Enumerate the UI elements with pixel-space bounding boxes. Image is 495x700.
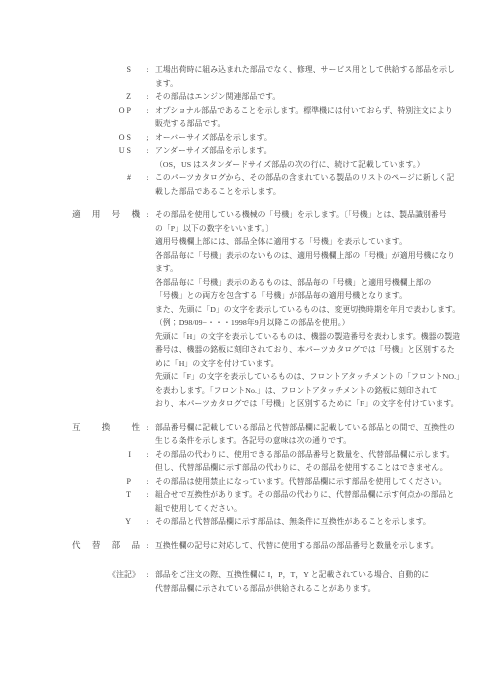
item-code: P [40,475,140,489]
item-code: US [40,144,140,158]
text-line: 組で使用してください。 [155,502,477,516]
separator-colon: : [140,568,155,582]
item-code: Z [40,90,140,104]
text-line: 代替部品欄に示されている部品が供給されることがあります。 [155,582,477,596]
text-line: 互換性欄の記号に対応して、代替に使用する部品の部品番号と数量を示します。 [155,539,477,553]
note-section: 《注記》:部品をご注文の際、互換性欄に I，P，T，Y と記載されている場合、自… [40,568,477,595]
definition-section: 適 用 号 機:その部品を使用している機械の「号機」を示します。〔「号機」とは、… [40,208,477,411]
text-line: おり、本パーツカタログでは「号機」と区別するために「F」の文字を付けています。 [155,397,477,411]
text-line: 工場出荷時に組み込まれた部品でなく、修理、サービス用として供給する部品を示し [155,63,477,77]
text-line: （OS，US はスタンダードサイズ部品の次の行に、続けて記載しています。） [155,158,477,172]
legend-item: #:このパーツカタログから、その部品の含まれている製品のリストのページに新しく記… [40,171,477,198]
item-text: その部品を使用している機械の「号機」を示します。〔「号機」とは、製品識別番号の「… [155,208,477,411]
item-code: S [40,63,140,77]
section-label-text: 適 用 号 機 [72,208,140,222]
item-text: オーバーサイズ部品を示します。 [155,131,477,145]
text-line: 各部品毎に「号機」表示のないものは、適用号機欄上部の「号機」が適用号機になり [155,249,477,263]
legend-item: OP:オプショナル部品であることを示します。標準機には付いておらず、特別注文によ… [40,104,477,131]
text-line: その部品はエンジン関連部品です。 [155,90,477,104]
item-code: Y [40,515,140,529]
text-line: 販売する部品です。 [155,117,477,131]
item-text: その部品の代わりに、使用できる部品の部品番号と数量を、代替部品欄に示します。但し… [155,448,477,475]
definition-sections: 適 用 号 機:その部品を使用している機械の「号機」を示します。〔「号機」とは、… [40,208,477,595]
text-line: 各部品毎に「号機」表示のあるものは、部品毎の「号機」と適用号機欄上部の [155,276,477,290]
text-line: 生じる条件を示します。各記号の意味は次の通りです。 [155,434,477,448]
item-text: その部品と代替部品欄に示す部品は、無条件に互換性があることを示します。 [155,515,477,529]
item-text: このパーツカタログから、その部品の含まれている製品のリストのページに新しく記載し… [155,171,477,198]
compatibility-subitem: P:その部品は使用禁止になっています。代替部品欄に示す部品を使用してください。 [40,475,477,489]
item-code: T [40,488,140,502]
item-text: アンダーサイズ部品を示します。（OS，US はスタンダードサイズ部品の次の行に、… [155,144,477,171]
text-line: このパーツカタログから、その部品の含まれている製品のリストのページに新しく記 [155,171,477,185]
text-line: 適用号機欄上部には、部品全体に適用する「号機」を表示しています。 [155,235,477,249]
compatibility-subitem: I:その部品の代わりに、使用できる部品の部品番号と数量を、代替部品欄に示します。… [40,448,477,475]
section-label-text: 互 換 性 [72,421,140,435]
separator-colon: : [140,488,155,502]
separator-colon: : [140,90,155,104]
symbol-legend: S:工場出荷時に組み込まれた部品でなく、修理、サービス用として供給する部品を示し… [40,63,477,198]
section-row: 《注記》:部品をご注文の際、互換性欄に I，P，T，Y と記載されている場合、自… [40,568,477,595]
text-line: オプショナル部品であることを示します。標準機には付いておらず、特別注文により [155,104,477,118]
text-line: 載した部品であることを示します。 [155,185,477,199]
text-line: オーバーサイズ部品を示します。 [155,131,477,145]
separator-colon: : [140,421,155,435]
separator-colon: : [140,515,155,529]
item-text: 部品番号欄に記載している部品と代替部品欄に記載している部品との間で、互換性の生じ… [155,421,477,448]
section-row: 適 用 号 機:その部品を使用している機械の「号機」を示します。〔「号機」とは、… [40,208,477,411]
separator-colon: : [140,208,155,222]
item-code: # [40,171,140,185]
legend-item: US:アンダーサイズ部品を示します。（OS，US はスタンダードサイズ部品の次の… [40,144,477,171]
section-row: 代 替 部 品:互換性欄の記号に対応して、代替に使用する部品の部品番号と数量を示… [40,539,477,553]
item-code: OS [40,131,140,145]
text-line: の「P」以下の数字をいいます。〕 [155,222,477,236]
text-line: 番号は、機器の銘板に刻印されており、本パーツカタログでは「号機」と区別するた [155,343,477,357]
item-text: 部品をご注文の際、互換性欄に I，P，T，Y と記載されている場合、自動的に代替… [155,568,477,595]
text-line: 「号機」との両方を包含する「号機」が部品毎の適用号機となります。 [155,289,477,303]
section-label-text: 代 替 部 品 [72,539,140,553]
item-text: 工場出荷時に組み込まれた部品でなく、修理、サービス用として供給する部品を示します… [155,63,477,90]
text-line: 先頭に「H」の文字を表示しているものは、機器の製造番号を表わします。機器の製造 [155,330,477,344]
section-label: 代 替 部 品 [40,539,140,553]
section-label: 《注記》 [40,568,140,582]
separator-colon: : [140,448,155,462]
item-text: 互換性欄の記号に対応して、代替に使用する部品の部品番号と数量を示します。 [155,539,477,553]
legend-item: OS;オーバーサイズ部品を示します。 [40,131,477,145]
item-code: I [40,448,140,462]
text-line: （例；D98/09−・・・1998年9月以降この部品を使用。） [155,316,477,330]
document-page: S:工場出荷時に組み込まれた部品でなく、修理、サービス用として供給する部品を示し… [0,0,495,700]
text-line: 部品をご注文の際、互換性欄に I，P，T，Y と記載されている場合、自動的に [155,568,477,582]
text-line: 先頭に「F」の文字を表示しているものは、フロントアタッチメントの「フロントNO.… [155,370,477,384]
item-text: その部品は使用禁止になっています。代替部品欄に示す部品を使用してください。 [155,475,477,489]
text-line: その部品は使用禁止になっています。代替部品欄に示す部品を使用してください。 [155,475,477,489]
text-line: その部品を使用している機械の「号機」を示します。〔「号機」とは、製品識別番号 [155,208,477,222]
separator-colon: : [140,104,155,118]
item-text: その部品はエンジン関連部品です。 [155,90,477,104]
separator-colon: : [140,63,155,77]
section-row: 互 換 性:部品番号欄に記載している部品と代替部品欄に記載している部品との間で、… [40,421,477,448]
item-code: OP [40,104,140,118]
separator-colon: : [140,539,155,553]
text-line: を表わします。「フロントNo.」は、フロントアタッチメントの銘板に刻印されて [155,384,477,398]
text-line: 但し、代替部品欄に示す部品の代わりに、その部品を使用することはできません。 [155,461,477,475]
text-line: また、先頭に「D」の文字を表示しているものは、変更切換時期を年月で表わします。 [155,303,477,317]
section-label: 適 用 号 機 [40,208,140,222]
separator-colon: : [140,171,155,185]
section-label: 互 換 性 [40,421,140,435]
separator-colon: : [140,144,155,158]
definition-section: 代 替 部 品:互換性欄の記号に対応して、代替に使用する部品の部品番号と数量を示… [40,539,477,553]
definition-section: 互 換 性:部品番号欄に記載している部品と代替部品欄に記載している部品との間で、… [40,421,477,529]
text-line: その部品と代替部品欄に示す部品は、無条件に互換性があることを示します。 [155,515,477,529]
text-line: その部品の代わりに、使用できる部品の部品番号と数量を、代替部品欄に示します。 [155,448,477,462]
separator-colon: : [140,475,155,489]
legend-item: S:工場出荷時に組み込まれた部品でなく、修理、サービス用として供給する部品を示し… [40,63,477,90]
text-line: ます。 [155,77,477,91]
item-text: オプショナル部品であることを示します。標準機には付いておらず、特別注文により販売… [155,104,477,131]
legend-item: Z:その部品はエンジン関連部品です。 [40,90,477,104]
separator-colon: ; [140,131,155,145]
item-text: 組合せで互換性があります。その部品の代わりに、代替部品欄に示す何点かの部品と組で… [155,488,477,515]
text-line: ます。 [155,262,477,276]
text-line: 組合せで互換性があります。その部品の代わりに、代替部品欄に示す何点かの部品と [155,488,477,502]
compatibility-subitem: T:組合せで互換性があります。その部品の代わりに、代替部品欄に示す何点かの部品と… [40,488,477,515]
text-line: アンダーサイズ部品を示します。 [155,144,477,158]
text-line: 部品番号欄に記載している部品と代替部品欄に記載している部品との間で、互換性の [155,421,477,435]
text-line: めに「H」の文字を付けています。 [155,357,477,371]
compatibility-subitem: Y:その部品と代替部品欄に示す部品は、無条件に互換性があることを示します。 [40,515,477,529]
